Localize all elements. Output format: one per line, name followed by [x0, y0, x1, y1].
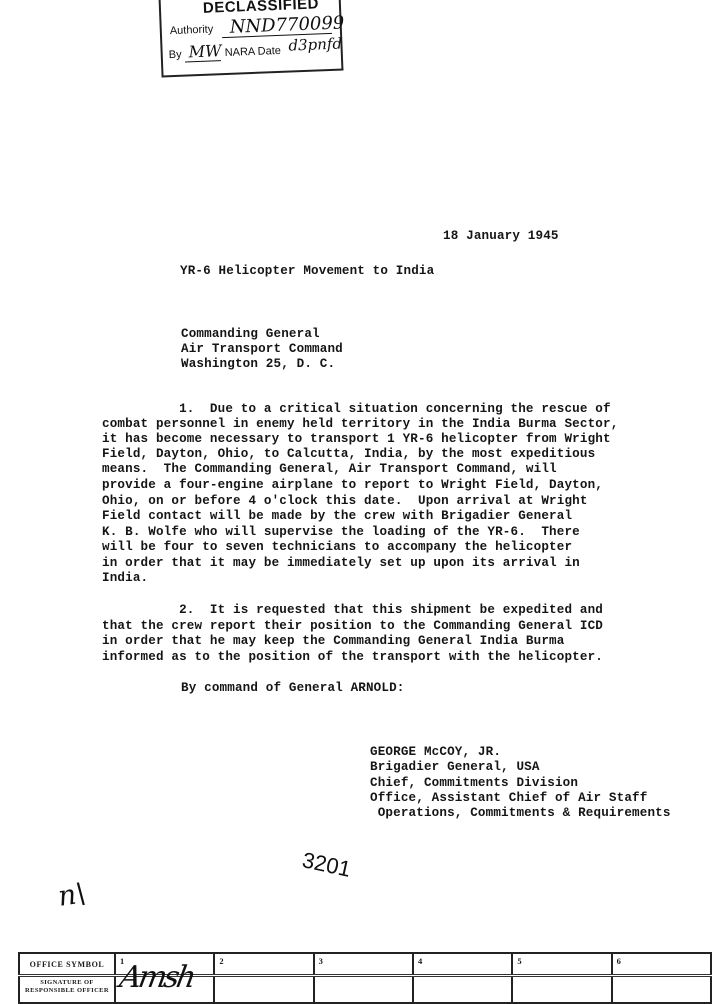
handwritten-mark: n\	[56, 876, 88, 913]
paragraph-line: India.	[102, 571, 148, 587]
signature-cell	[612, 976, 711, 1004]
paragraph-line: that the crew report their position to t…	[102, 619, 603, 635]
paragraph-line: provide a four-engine airplane to report…	[102, 478, 603, 494]
stamp-by-label: By	[169, 49, 182, 61]
stamp-nara-date-label: NARA Date	[224, 45, 281, 59]
handwritten-signature: Amsh	[117, 960, 196, 995]
routing-column-number: 2	[214, 953, 313, 976]
signature-cell	[214, 976, 313, 1004]
paragraph-line: Ohio, on or before 4 o'clock this date. …	[102, 494, 588, 510]
addressee-line: Washington 25, D. C.	[181, 357, 335, 373]
paragraph-line: Field contact will be made by the crew w…	[102, 509, 572, 525]
letter-subject: YR-6 Helicopter Movement to India	[180, 264, 434, 280]
letter-date: 18 January 1945	[443, 229, 559, 245]
paragraph-line: 1. Due to a critical situation concernin…	[102, 402, 611, 418]
paragraph-line: means. The Commanding General, Air Trans…	[102, 462, 557, 478]
routing-column-number: 5	[512, 953, 611, 976]
signature-line: Operations, Commitments & Requirements	[370, 806, 671, 822]
addressee-line: Commanding General	[181, 327, 320, 343]
routing-column-number: 4	[413, 953, 512, 976]
signature-line: Brigadier General, USA	[370, 760, 540, 776]
stamp-authority-value: NND770099	[229, 12, 344, 37]
paragraph-line: informed as to the position of the trans…	[102, 650, 603, 666]
signature-line: Chief, Commitments Division	[370, 776, 578, 792]
office-symbol-label: OFFICE SYMBOL	[19, 953, 115, 976]
paragraph-line: K. B. Wolfe who will supervise the loadi…	[102, 525, 580, 541]
signature-label-line: SIGNATURE OF	[24, 979, 110, 987]
paragraph-line: in order that he may keep the Commanding…	[102, 634, 564, 650]
closing-line: By command of General ARNOLD:	[181, 681, 405, 697]
routing-column-number: 6	[612, 953, 711, 976]
paragraph-line: 2. It is requested that this shipment be…	[102, 603, 603, 619]
stamp-by-value: MW	[188, 41, 222, 61]
paragraph-line: will be four to seven technicians to acc…	[102, 540, 572, 556]
stamp-authority-label: Authority	[170, 23, 214, 37]
handwritten-number: 3201	[300, 847, 353, 883]
signature-cell	[314, 976, 413, 1004]
declassified-stamp: DECLASSIFIED Authority NND770099 By MW N…	[159, 0, 344, 77]
signature-label: SIGNATURE OF RESPONSIBLE OFFICER	[19, 976, 115, 1004]
signature-line: GEORGE McCOY, JR.	[370, 745, 501, 761]
paragraph-line: it has become necessary to transport 1 Y…	[102, 432, 611, 448]
paragraph-line: Field, Dayton, Ohio, to Calcutta, India,…	[102, 447, 595, 463]
addressee-line: Air Transport Command	[181, 342, 343, 358]
paragraph-line: in order that it may be immediately set …	[102, 556, 580, 572]
routing-column-number: 3	[314, 953, 413, 976]
stamp-nara-date-value: d3pnfd	[288, 35, 342, 55]
signature-label-line: RESPONSIBLE OFFICER	[24, 987, 110, 995]
signature-cell	[512, 976, 611, 1004]
signature-cell	[413, 976, 512, 1004]
paragraph-line: combat personnel in enemy held territory…	[102, 417, 618, 433]
signature-line: Office, Assistant Chief of Air Staff	[370, 791, 647, 807]
